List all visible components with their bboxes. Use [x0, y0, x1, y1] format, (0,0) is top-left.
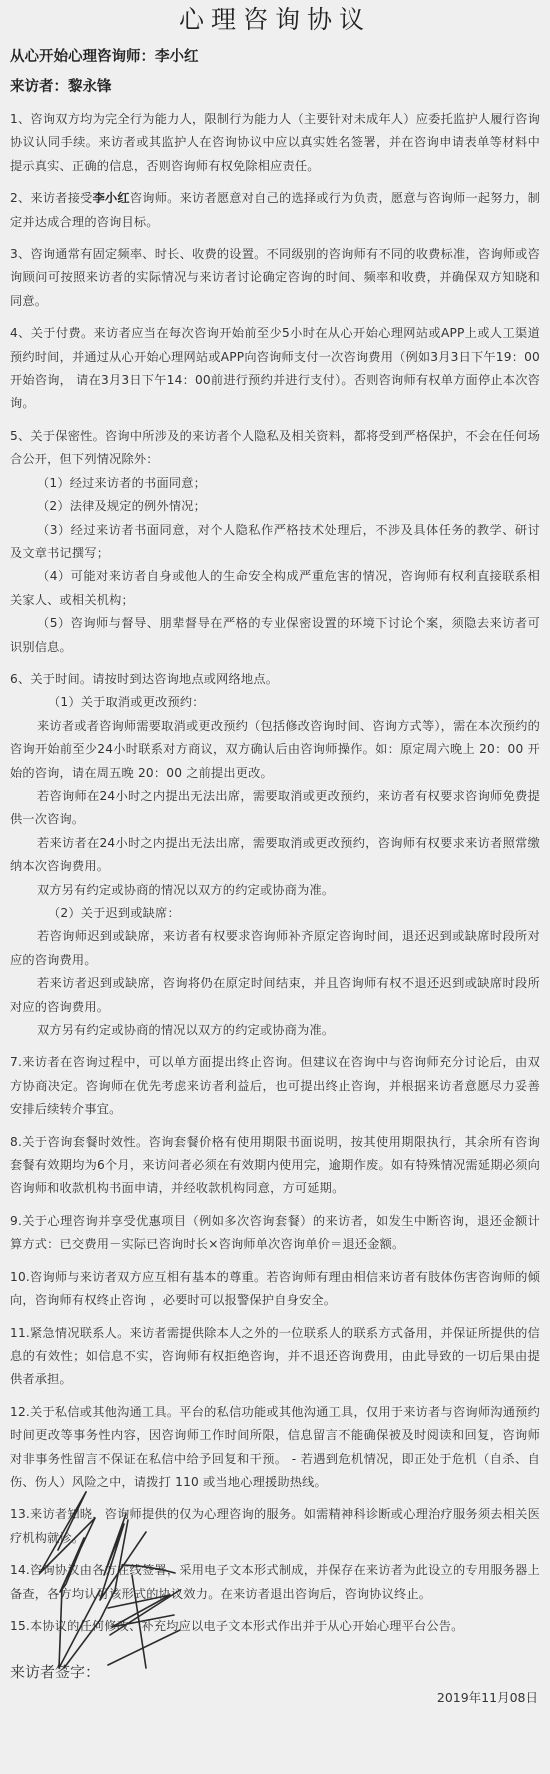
clause-4: 4、关于付费。来访者应当在每次咨询开始前至少5小时在从心开始心理网站或APP上或… — [10, 322, 540, 416]
agreement-document: 心理咨询协议 从心开始心理咨询师：李小红 来访者：黎永锋 1、咨询双方均为完全行… — [0, 0, 550, 1684]
clause-6-intro: 6、关于时间。请按时到达咨询地点或网络地点。 — [10, 668, 540, 691]
clause-5-item: （5）咨询师与督导、朋辈督导在严格的专业保密设置的环境下讨论个案，须隐去来访者可… — [10, 612, 540, 659]
clause-2-prefix: 2、来访者接受 — [10, 191, 93, 205]
clause-7: 7.来访者在咨询过程中，可以单方面提出终止咨询。但建议在咨询中与咨询师充分讨论后… — [10, 1051, 540, 1121]
clause-6-sub1-title: （1）关于取消或更改预约： — [10, 691, 540, 714]
counselor-name: 李小红 — [93, 191, 130, 205]
clause-5-item: （2）法律及规定的例外情况； — [10, 495, 540, 518]
clause-5-item: （3）经过来访者书面同意，对个人隐私作严格技术处理后，不涉及具体任务的教学、研讨… — [10, 519, 540, 566]
clause-5-item: （4）可能对来访者自身或他人的生命安全构成严重危害的情况，咨询师有权利直接联系相… — [10, 565, 540, 612]
clause-11: 11.紧急情况联系人。来访者需提供除本人之外的一位联系人的联系方式备用，并保证所… — [10, 1322, 540, 1392]
signature-date: 2019年11月08日 — [437, 1688, 538, 1706]
clause-5: 5、关于保密性。咨询中所涉及的来访者个人隐私及相关资料，都将受到严格保护，不会在… — [10, 425, 540, 659]
clause-6-sub1-para: 双方另有约定或协商的情况以双方的约定或协商为准。 — [10, 879, 540, 902]
clause-2: 2、来访者接受李小红咨询师。来访者愿意对自己的选择或行为负责，愿意与咨询师一起努… — [10, 187, 540, 234]
clause-6-sub1-para: 若咨询师在24小时之内提出无法出席，需要取消或更改预约，来访者有权要求咨询师免费… — [10, 785, 540, 832]
counselor-line: 从心开始心理咨询师：李小红 — [10, 42, 540, 72]
clause-6-sub2-para: 若咨询师迟到或缺席，来访者有权要求咨询师补齐原定咨询时间，退还迟到或缺席时段所对… — [10, 925, 540, 972]
visitor-line: 来访者：黎永锋 — [10, 72, 540, 102]
clause-6-sub2-para: 若来访者迟到或缺席，咨询将仍在原定时间结束，并且咨询师有权不退还迟到或缺席时段所… — [10, 972, 540, 1019]
clause-6-sub1-para: 来访者或者咨询师需要取消或更改预约（包括修改咨询时间、咨询方式等），需在本次预约… — [10, 715, 540, 785]
clause-6: 6、关于时间。请按时到达咨询地点或网络地点。 （1）关于取消或更改预约： 来访者… — [10, 668, 540, 1043]
clause-6-sub2-title: （2）关于迟到或缺席： — [10, 902, 540, 925]
clause-6-sub1-para: 若来访者在24小时之内提出无法出席，需要取消或更改预约，咨询师有权要求来访者照常… — [10, 832, 540, 879]
handwritten-signature-icon — [0, 1480, 200, 1680]
clause-3: 3、咨询通常有固定频率、时长、收费的设置。不同级别的咨询师有不同的收费标准，咨询… — [10, 243, 540, 313]
clause-10: 10.咨询师与来访者双方应互相有基本的尊重。若咨询师有理由相信来访者有肢体伤害咨… — [10, 1266, 540, 1313]
clause-5-item: （1）经过来访者的书面同意； — [10, 472, 540, 495]
page-title: 心理咨询协议 — [10, 0, 540, 42]
clause-6-sub2-para: 双方另有约定或协商的情况以双方的约定或协商为准。 — [10, 1019, 540, 1042]
clause-1: 1、咨询双方均为完全行为能力人，限制行为能力人（主要针对未成年人）应委托监护人履… — [10, 108, 540, 178]
clause-8: 8.关于咨询套餐时效性。咨询套餐价格有使用期限书面说明，按其使用期限执行，其余所… — [10, 1131, 540, 1201]
clause-5-intro: 5、关于保密性。咨询中所涉及的来访者个人隐私及相关资料，都将受到严格保护，不会在… — [10, 425, 540, 472]
clause-9: 9.关于心理咨询并享受优惠项目（例如多次咨询套餐）的来访者，如发生中断咨询，退还… — [10, 1210, 540, 1257]
